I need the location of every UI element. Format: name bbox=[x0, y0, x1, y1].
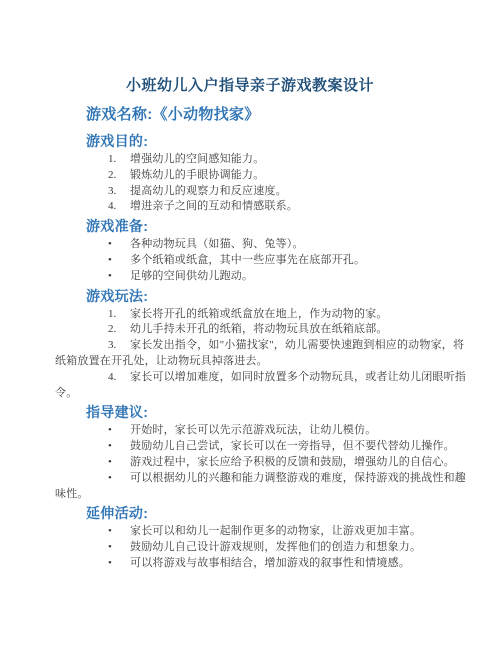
list-item: 4.家长可以增加难度，如同时放置多个动物玩具，或者让幼儿闭眼听指令。 bbox=[55, 370, 468, 402]
list-item-text: 增进亲子之间的互动和情感联系。 bbox=[130, 200, 298, 212]
list-item: •足够的空间供幼儿跑动。 bbox=[55, 269, 468, 285]
bullet-marker: • bbox=[108, 455, 130, 471]
list-marker: 1. bbox=[108, 152, 130, 168]
list-item: •游戏过程中，家长应给予积极的反馈和鼓励，增强幼儿的自信心。 bbox=[55, 455, 468, 471]
section-heading: 指导建议: bbox=[86, 404, 468, 420]
bullet-marker: • bbox=[108, 237, 130, 253]
list-item-text: 增强幼儿的空间感知能力。 bbox=[130, 153, 264, 165]
list-item-text: 家长可以和幼儿一起制作更多的动物家，让游戏更加丰富。 bbox=[130, 525, 421, 537]
section-heading: 游戏准备: bbox=[86, 218, 468, 234]
section-heading: 游戏玩法: bbox=[86, 288, 468, 304]
list-marker: 2. bbox=[108, 168, 130, 184]
list-marker: 4. bbox=[108, 370, 130, 386]
list-item-text: 家长将开孔的纸箱或纸盒放在地上，作为动物的家。 bbox=[130, 308, 388, 320]
bullet-marker: • bbox=[108, 439, 130, 455]
list-item: •可以根据幼儿的兴趣和能力调整游戏的难度，保持游戏的挑战性和趣味性。 bbox=[55, 471, 468, 503]
list-item-text: 多个纸箱或纸盒，其中一些应事先在底部开孔。 bbox=[130, 254, 365, 266]
list-item: •开始时，家长可以先示范游戏玩法，让幼儿模仿。 bbox=[55, 423, 468, 439]
list-item: •各种动物玩具（如猫、狗、兔等）。 bbox=[55, 237, 468, 253]
bullet-marker: • bbox=[108, 556, 130, 572]
list-item: 3.提高幼儿的观察力和反应速度。 bbox=[55, 184, 468, 200]
list-item: 2.锻炼幼儿的手眼协调能力。 bbox=[55, 168, 468, 184]
section-game-preparation: 游戏准备: •各种动物玩具（如猫、狗、兔等）。 •多个纸箱或纸盒，其中一些应事先… bbox=[55, 218, 468, 284]
list-item-text: 各种动物玩具（如猫、狗、兔等）。 bbox=[130, 238, 304, 250]
list-marker: 3. bbox=[108, 184, 130, 200]
section-game-rules: 游戏玩法: 1.家长将开孔的纸箱或纸盒放在地上，作为动物的家。 2.幼儿手持未开… bbox=[55, 288, 468, 402]
bullet-marker: • bbox=[108, 540, 130, 556]
list-item-text: 足够的空间供幼儿跑动。 bbox=[130, 270, 253, 282]
list-item: •可以将游戏与故事相结合，增加游戏的叙事性和情境感。 bbox=[55, 556, 468, 572]
list-item: 4.增进亲子之间的互动和情感联系。 bbox=[55, 199, 468, 215]
bullet-marker: • bbox=[108, 471, 130, 487]
list-item: 3.家长发出指令，如"小猫找家"，幼儿需要快速跑到相应的动物家，将纸箱放置在开孔… bbox=[55, 338, 468, 370]
list-item: 1.增强幼儿的空间感知能力。 bbox=[55, 152, 468, 168]
list-item-text: 锻炼幼儿的手眼协调能力。 bbox=[130, 169, 264, 181]
section-extension-activities: 延伸活动: •家长可以和幼儿一起制作更多的动物家，让游戏更加丰富。 •鼓励幼儿自… bbox=[55, 505, 468, 571]
bullet-marker: • bbox=[108, 423, 130, 439]
list-item-text: 鼓励幼儿自己设计游戏规则，发挥他们的创造力和想象力。 bbox=[130, 541, 421, 553]
document-page: 小班幼儿入户指导亲子游戏教案设计 游戏名称:《小动物找家》 游戏目的: 1.增强… bbox=[0, 0, 500, 647]
document-title: 小班幼儿入户指导亲子游戏教案设计 bbox=[55, 77, 445, 95]
list-marker: 3. bbox=[108, 338, 130, 354]
list-item-text: 提高幼儿的观察力和反应速度。 bbox=[130, 185, 287, 197]
list-item-text: 开始时，家长可以先示范游戏玩法，让幼儿模仿。 bbox=[130, 424, 376, 436]
list-marker: 1. bbox=[108, 307, 130, 323]
list-item-text: 鼓励幼儿自己尝试，家长可以在一旁指导，但不要代替幼儿操作。 bbox=[130, 440, 455, 452]
section-guidance-tips: 指导建议: •开始时，家长可以先示范游戏玩法，让幼儿模仿。 •鼓励幼儿自己尝试，… bbox=[55, 404, 468, 502]
list-item: •鼓励幼儿自己尝试，家长可以在一旁指导，但不要代替幼儿操作。 bbox=[55, 439, 468, 455]
list-item-text: 可以将游戏与故事相结合，增加游戏的叙事性和情境感。 bbox=[130, 557, 410, 569]
list-item: 1.家长将开孔的纸箱或纸盒放在地上，作为动物的家。 bbox=[55, 307, 468, 323]
section-heading: 游戏目的: bbox=[86, 133, 468, 149]
bullet-marker: • bbox=[108, 524, 130, 540]
bullet-marker: • bbox=[108, 269, 130, 285]
list-item-text: 游戏过程中，家长应给予积极的反馈和鼓励，增强幼儿的自信心。 bbox=[130, 456, 455, 468]
list-item: •家长可以和幼儿一起制作更多的动物家，让游戏更加丰富。 bbox=[55, 524, 468, 540]
list-item: •鼓励幼儿自己设计游戏规则，发挥他们的创造力和想象力。 bbox=[55, 540, 468, 556]
section-heading: 延伸活动: bbox=[86, 505, 468, 521]
list-marker: 4. bbox=[108, 199, 130, 215]
list-item: 2.幼儿手持未开孔的纸箱，将动物玩具放在纸箱底部。 bbox=[55, 322, 468, 338]
list-item-text: 幼儿手持未开孔的纸箱，将动物玩具放在纸箱底部。 bbox=[130, 323, 388, 335]
list-item: •多个纸箱或纸盒，其中一些应事先在底部开孔。 bbox=[55, 253, 468, 269]
section-game-purpose: 游戏目的: 1.增强幼儿的空间感知能力。 2.锻炼幼儿的手眼协调能力。 3.提高… bbox=[55, 133, 468, 215]
bullet-marker: • bbox=[108, 253, 130, 269]
game-name-heading: 游戏名称:《小动物找家》 bbox=[86, 106, 468, 124]
list-marker: 2. bbox=[108, 322, 130, 338]
